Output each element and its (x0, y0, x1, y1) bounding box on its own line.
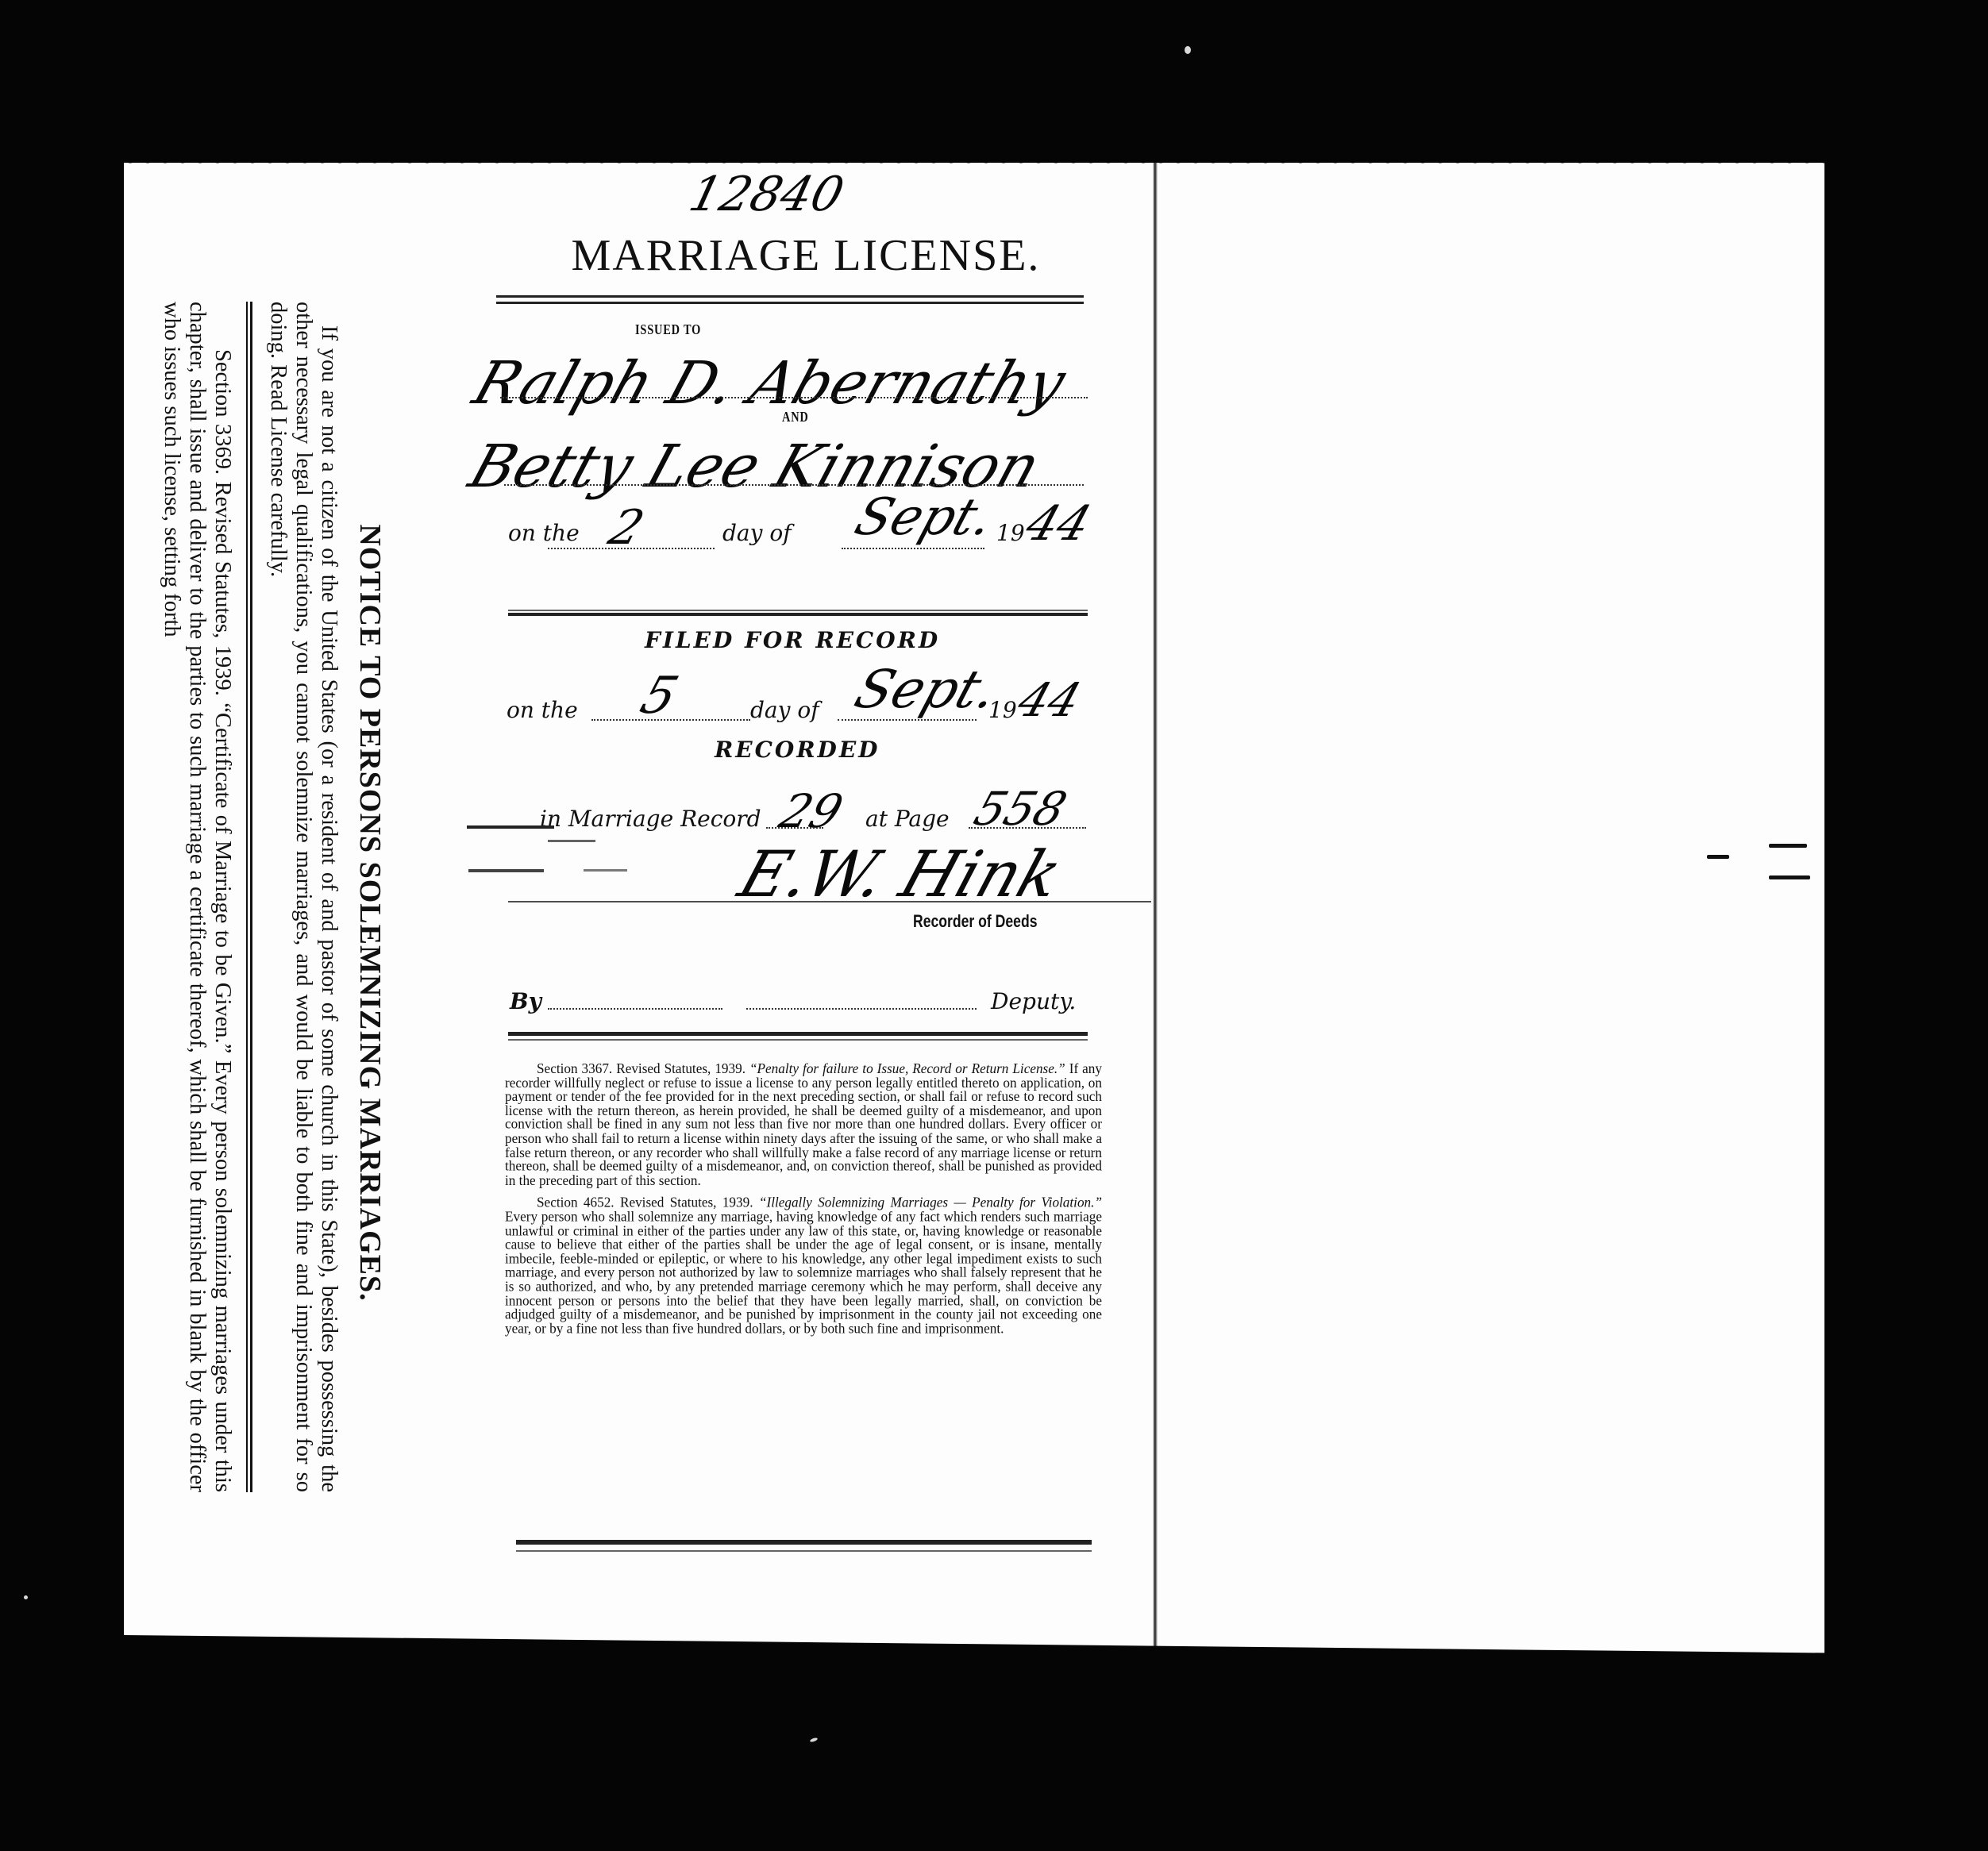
issue-month: Sept. (848, 488, 1001, 547)
notice-section-3369: Section 3369. Revised Statutes, 1939. “C… (159, 302, 235, 1492)
deputy-line (548, 1008, 722, 1010)
page-fold (1153, 163, 1158, 1671)
bottom-rule (516, 1540, 1092, 1545)
erased-mark (548, 840, 595, 842)
scan-speck (810, 1737, 819, 1742)
record-line (766, 827, 823, 829)
issue-date-prefix: on the (508, 520, 580, 546)
page-label: at Page (865, 806, 950, 832)
signer-title: Recorder of Deeds (913, 911, 1038, 932)
statute-body: Every person who shall solemnize any mar… (505, 1208, 1102, 1336)
groom-name: Ralph D. Abernathy (465, 349, 1073, 418)
section-rule (508, 1039, 1088, 1041)
filed-date-prefix: on the (507, 697, 578, 723)
marriage-record-label: in Marriage Record (540, 806, 761, 832)
filed-year-prefix: 19 (988, 697, 1017, 723)
issued-to-label: ISSUED TO (635, 321, 701, 338)
license-title: MARRIAGE LICENSE. (504, 230, 1108, 281)
date-line (548, 548, 715, 549)
notice-heading: NOTICE TO PERSONS SOLEMNIZING MARRIAGES. (353, 302, 387, 1492)
filed-month: Sept. (847, 659, 1005, 720)
scan-speck (1185, 46, 1191, 54)
issue-day-of-label: day of (722, 520, 792, 546)
name-line (500, 397, 1088, 398)
recorded-heading: RECORDED (715, 737, 880, 763)
section-rule (508, 613, 1088, 616)
filed-heading: FILED FOR RECORD (645, 627, 940, 653)
notice-panel: NOTICE TO PERSONS SOLEMNIZING MARRIAGES.… (118, 302, 387, 1492)
notice-divider (246, 302, 252, 1492)
bottom-rule (516, 1550, 1092, 1552)
record-line (969, 827, 1086, 829)
section-rule (508, 1032, 1088, 1036)
name-line (504, 484, 1084, 486)
erased-mark (584, 869, 627, 872)
deputy-line (746, 1008, 977, 1010)
statute-body: If any recorder willfully neglect or ref… (505, 1060, 1102, 1188)
deputy-label: Deputy. (991, 988, 1076, 1014)
date-line (591, 719, 750, 721)
by-label: By (510, 988, 541, 1014)
struck-out-mark (467, 825, 554, 829)
date-line (842, 548, 984, 549)
record-number: 12840 (684, 167, 849, 222)
signature-line (508, 901, 1151, 902)
scan-speck (24, 1595, 28, 1599)
filed-day-of-label: day of (750, 697, 819, 723)
title-rule (496, 302, 1084, 304)
title-rule (496, 295, 1084, 298)
and-label: AND (782, 409, 809, 425)
notice-paragraph: If you are not a citizen of the United S… (265, 302, 341, 1492)
issue-year-prefix: 19 (996, 520, 1025, 546)
date-line (838, 719, 977, 721)
statute-3367: Section 3367. Revised Statutes, 1939. “P… (505, 1062, 1102, 1187)
erased-mark (468, 869, 544, 872)
statute-4652: Section 4652. Revised Statutes, 1939. “I… (505, 1196, 1102, 1336)
statute-text: Section 3367. Revised Statutes, 1939. “P… (505, 1062, 1102, 1344)
section-rule (508, 610, 1088, 611)
